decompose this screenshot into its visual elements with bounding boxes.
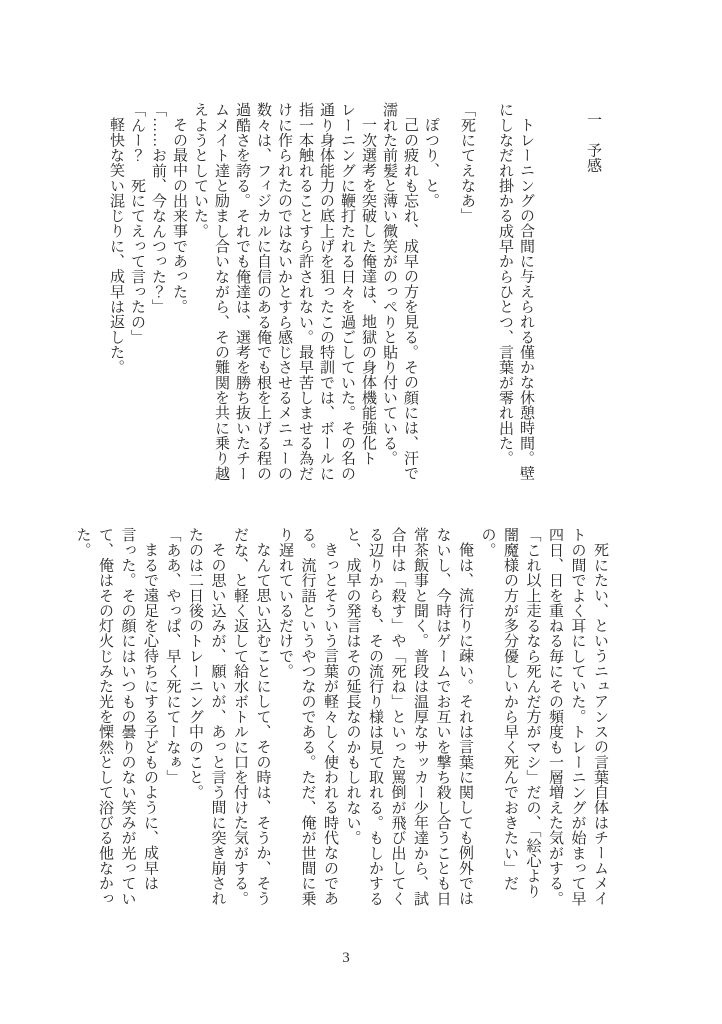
paragraph: ぽつり、と。 [420, 102, 441, 481]
paragraph: 己の疲れも忘れ、成早の方を見る。その顔には、汗で濡れた前髪と薄い微笑がのっぺりと… [378, 102, 420, 481]
novel-page: 一 予感 トレーニングの合間に与えられる僅かな休憩時間。壁にしなだれ掛かる成早か… [0, 0, 722, 1024]
paragraph: その最中の出来事であった。 [168, 102, 189, 481]
paragraph: 死にたい、というニュアンスの言葉自体はチームメイトの間でよく耳にしていた。トレー… [476, 527, 611, 908]
bottom-text-block: 死にたい、というニュアンスの言葉自体はチームメイトの間でよく耳にしていた。トレー… [71, 527, 611, 908]
paragraph: 一次選考を突破した俺達は、地獄の身体機能強化トレーニングに鞭打たれる日々を過ごし… [189, 102, 378, 481]
dialogue-line: 「死にてえなあ」 [456, 102, 477, 481]
top-text-block: トレーニングの合間に与えられる僅かな休憩時間。壁にしなだれ掛かる成早からひとつ、… [105, 102, 536, 481]
paragraph: きっとそういう言葉が軽々しく使われる時代なのである。流行語というやつなのである。… [274, 527, 342, 908]
dialogue-line: 「……お前、今なんつった？」 [147, 102, 168, 481]
paragraph: 俺は、流行りに疎い。それは言葉に関しても例外ではないし、今時はゲームでお互いを撃… [341, 527, 476, 908]
paragraph: トレーニングの合間に与えられる僅かな休憩時間。壁にしなだれ掛かる成早からひとつ、… [494, 102, 536, 481]
paragraph: まるで遠足を心待ちにする子どものように、成早は言った。その顔にはいつもの曇りのな… [71, 527, 161, 908]
dialogue-line: 「んー？ 死にてえって言ったの」 [126, 102, 147, 481]
chapter-heading: 一 予感 [583, 112, 604, 412]
paragraph: その思い込みが、願いが、あっと言う間に突き崩されたのは二日後のトレーニング中のこ… [184, 527, 229, 908]
paragraph: なんて思い込むことにして、その時は、そうか、そうだな、と軽く返して給水ボトルに口… [229, 527, 274, 908]
page-number: 3 [0, 950, 692, 967]
paragraph: 軽快な笑い混じりに、成早は返した。 [105, 102, 126, 481]
dialogue-line: 「ああ、やっぱ、早く死にてーなぁ」 [161, 527, 184, 908]
